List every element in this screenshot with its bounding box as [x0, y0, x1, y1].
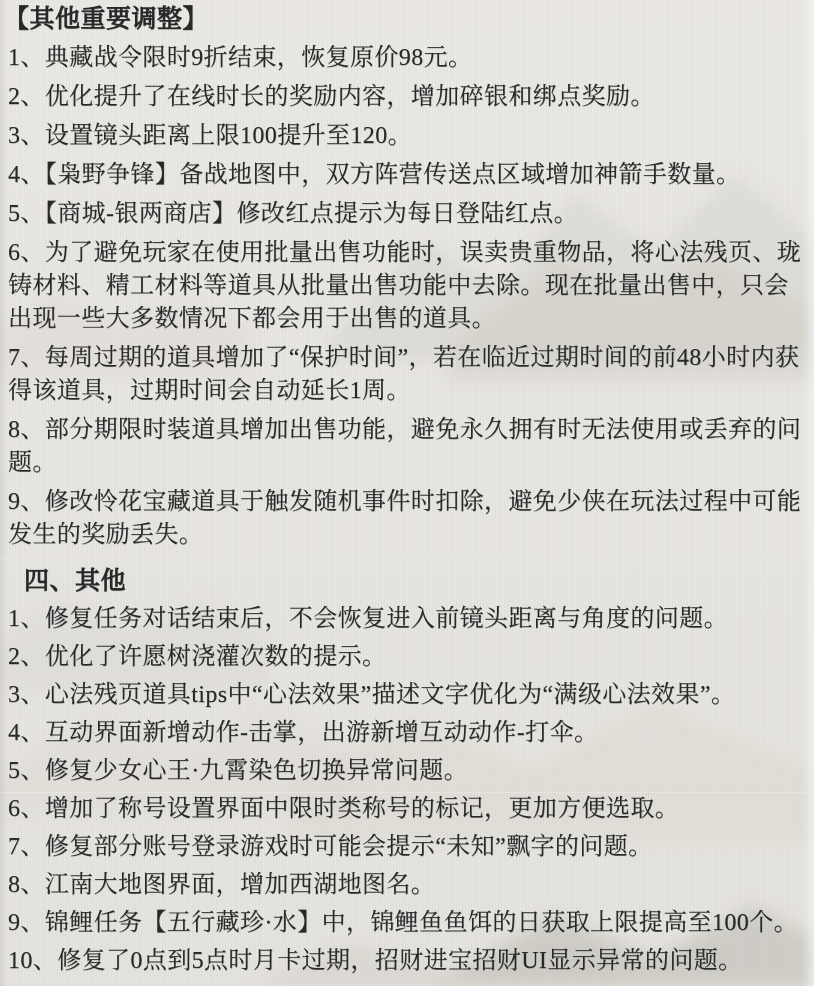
- patch-note-item: 4、【枭野争锋】备战地图中，双方阵营传送点区域增加神箭手数量。: [8, 159, 805, 192]
- patch-note-item: 7、每周过期的道具增加了“保护时间”，若在临近过期时间的前48小时内获得该道具，…: [8, 342, 805, 408]
- patch-note-item: 9、锦鲤任务【五行藏珍·水】中，锦鲤鱼鱼饵的日获取上限提高至100个。: [8, 907, 805, 940]
- patch-notes-page: { "colors": { "paper": "#e8e6e1", "ink":…: [0, 0, 814, 986]
- section-other-important-adjustments: 【其他重要调整】 1、典藏战令限时9折结束，恢复原价98元。 2、优化提升了在线…: [8, 3, 805, 552]
- patch-note-item: 3、设置镜头距离上限100提升至120。: [8, 120, 805, 153]
- section-title: 四、其他: [24, 565, 805, 598]
- section-title: 【其他重要调整】: [4, 3, 805, 36]
- patch-note-item: 9、修改怜花宝藏道具于触发随机事件时扣除，避免少侠在玩法过程中可能发生的奖励丢失…: [8, 486, 805, 552]
- patch-notes-content: 【其他重要调整】 1、典藏战令限时9折结束，恢复原价98元。 2、优化提升了在线…: [0, 0, 814, 986]
- patch-note-item: 5、【商城-银两商店】修改红点提示为每日登陆红点。: [8, 198, 805, 231]
- patch-note-item: 6、为了避免玩家在使用批量出售功能时，误卖贵重物品，将心法残页、珑铸材料、精工材…: [8, 237, 805, 336]
- patch-note-item: 1、修复任务对话结束后，不会恢复进入前镜头距离与角度的问题。: [8, 603, 805, 636]
- patch-note-item: 2、优化了许愿树浇灌次数的提示。: [8, 641, 805, 674]
- patch-note-item: 1、典藏战令限时9折结束，恢复原价98元。: [8, 42, 805, 75]
- patch-note-item: 2、优化提升了在线时长的奖励内容，增加碎银和绑点奖励。: [8, 81, 805, 114]
- patch-note-item: 5、修复少女心王·九霄染色切换异常问题。: [8, 755, 805, 788]
- patch-note-item: 7、修复部分账号登录游戏时可能会提示“未知”飘字的问题。: [8, 831, 805, 864]
- patch-note-item: 8、江南大地图界面，增加西湖地图名。: [8, 869, 805, 902]
- section-four-others: 四、其他 1、修复任务对话结束后，不会恢复进入前镜头距离与角度的问题。 2、优化…: [8, 565, 805, 978]
- patch-note-item: 6、增加了称号设置界面中限时类称号的标记，更加方便选取。: [8, 793, 805, 826]
- patch-note-item: 8、部分期限时装道具增加出售功能，避免永久拥有时无法使用或丢弃的问题。: [8, 414, 805, 480]
- patch-note-item: 4、互动界面新增动作-击掌，出游新增互动动作-打伞。: [8, 717, 805, 750]
- patch-note-item: 3、心法残页道具tips中“心法效果”描述文字优化为“满级心法效果”。: [8, 679, 805, 712]
- patch-note-item: 10、修复了0点到5点时月卡过期，招财进宝招财UI显示异常的问题。: [8, 945, 805, 978]
